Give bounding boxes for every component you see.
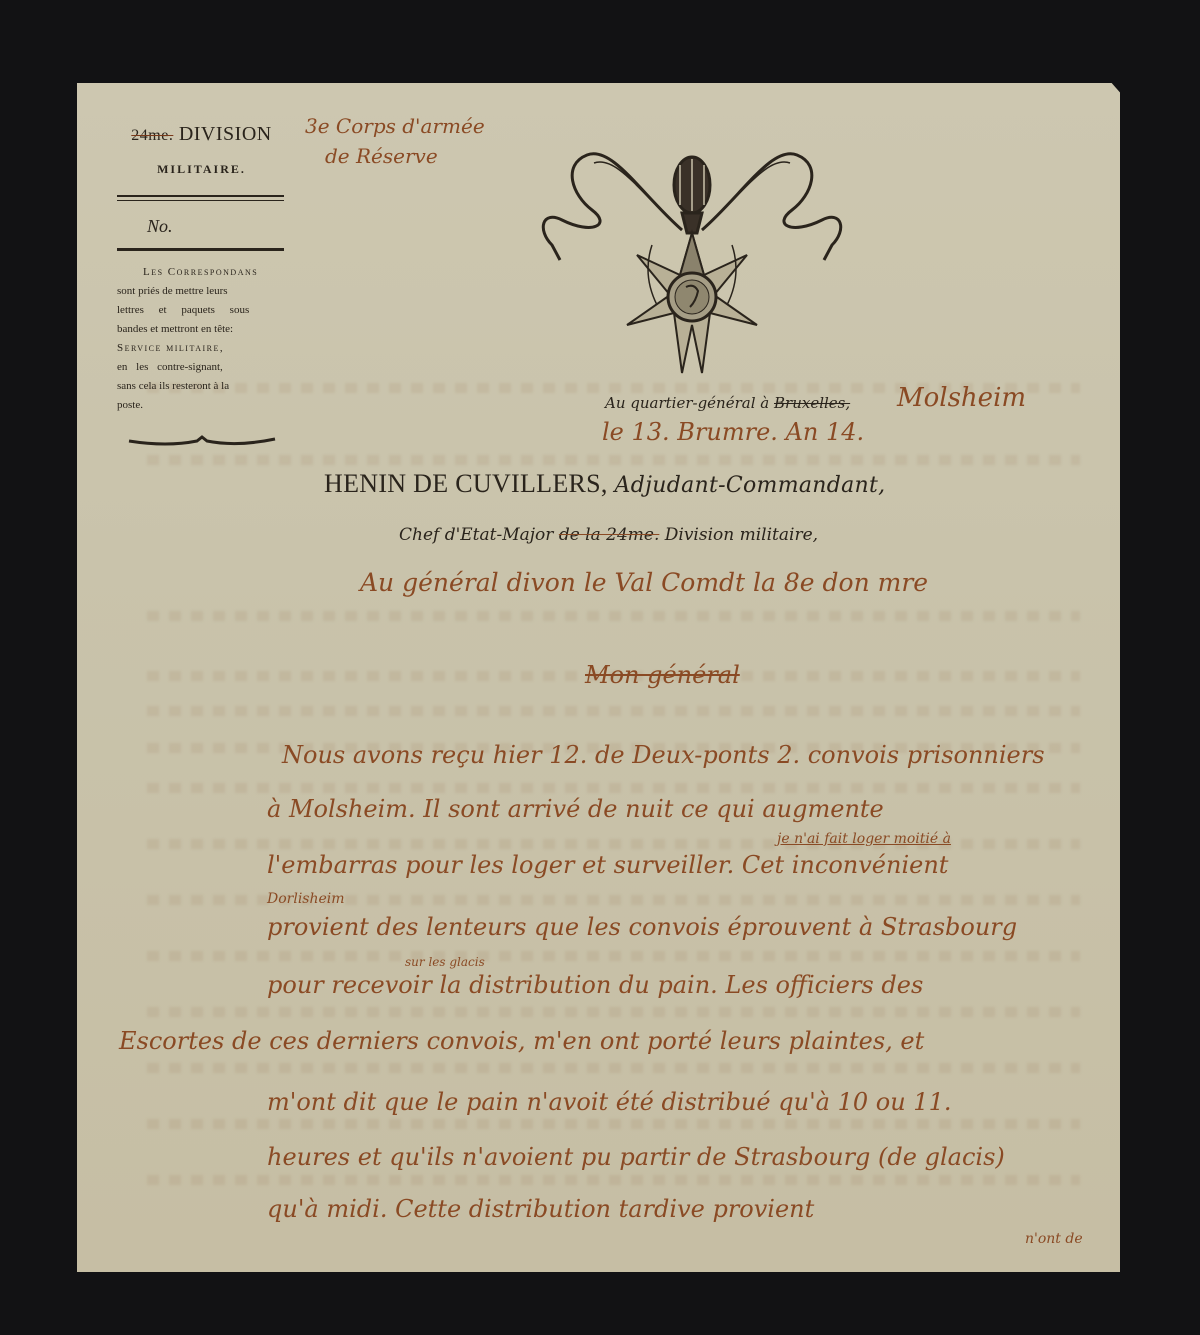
division-label: DIVISION [179, 123, 272, 145]
body-line: pour recevoir la distribution du pain. L… [267, 971, 923, 999]
body-line: m'ont dit que le pain n'avoit été distri… [267, 1088, 951, 1116]
sender-name: HENIN DE CUVILLERS, [324, 469, 608, 498]
corps-note: 3e Corps d'armée de Réserve [305, 111, 485, 171]
body-line: Nous avons reçu hier 12. de Deux-ponts 2… [282, 741, 1045, 769]
notice-line: Les Correspondans [117, 263, 287, 282]
notice-line: sont priés de mettre leurs [117, 282, 287, 301]
division-number-struck: 24me. [131, 127, 173, 144]
sender-line: HENIN DE CUVILLERS, Adjudant-Commandant, [324, 469, 885, 499]
notice-line: bandes et mettront en tête: [117, 320, 287, 339]
notice-line: en les contre-signant, [117, 358, 287, 377]
sender-title: Adjudant-Commandant, [615, 473, 886, 498]
double-rule [117, 200, 284, 201]
letterhead-number: No. [147, 216, 173, 237]
letterhead-militaire: MILITAIRE. [114, 162, 289, 177]
sender-role-struck: de la 24me. [559, 525, 660, 545]
body-line: Escortes de ces derniers convois, m'en o… [119, 1027, 924, 1055]
bleed-through-texture [147, 951, 1080, 961]
bleed-through-texture [147, 1007, 1080, 1017]
bleed-through-texture [147, 1175, 1080, 1185]
insert-note: je n'ai fait loger moitié à [777, 831, 951, 847]
addressee: Au général divon le Val Comdt la 8e don … [360, 568, 928, 597]
insert-note: sur les glacis [405, 955, 485, 969]
bleed-through-texture [147, 455, 1080, 465]
bleed-through-texture [147, 1119, 1080, 1129]
legion-of-honour-medal-icon [532, 135, 852, 385]
bleed-through-texture [147, 611, 1080, 621]
headquarters-line: Au quartier-général à Bruxelles, [605, 394, 850, 412]
sender-role-line: Chef d'Etat-Major de la 24me. Division m… [399, 525, 818, 545]
sender-role-suffix: Division militaire, [665, 525, 818, 545]
notice-line: poste. [117, 396, 287, 415]
hq-prefix: Au quartier-général à [605, 394, 769, 412]
catchword: n'ont de [1025, 1231, 1083, 1247]
notice-line: lettres et paquets sous [117, 301, 287, 320]
hq-city-handwritten: Molsheim [897, 383, 1026, 413]
sender-role-prefix: Chef d'Etat-Major [399, 525, 553, 545]
notice-rule [117, 248, 284, 251]
letterhead-division: 24me. DIVISION [114, 123, 289, 146]
body-line: provient des lenteurs que les convois ép… [267, 913, 1017, 941]
notice-line: Service militaire, [117, 339, 287, 358]
bleed-through-texture [147, 706, 1080, 716]
corps-line: de Réserve [305, 141, 485, 171]
corps-line: 3e Corps d'armée [305, 111, 485, 141]
hq-city-struck: Bruxelles, [774, 394, 850, 412]
bleed-through-texture [147, 1063, 1080, 1073]
flourish-ornament [127, 435, 277, 447]
body-line: heures et qu'ils n'avoient pu partir de … [267, 1143, 1005, 1171]
salutation: Mon général [585, 661, 740, 689]
correspondents-notice: Les Correspondans sont priés de mettre l… [117, 263, 287, 415]
body-line: qu'à midi. Cette distribution tardive pr… [267, 1195, 814, 1223]
margin-note: Dorlisheim [267, 891, 345, 907]
letter-date: le 13. Brumre. An 14. [602, 418, 864, 446]
letter-page: 24me. DIVISION MILITAIRE. No. Les Corres… [77, 83, 1120, 1272]
double-rule [117, 195, 284, 197]
body-line: à Molsheim. Il sont arrivé de nuit ce qu… [267, 795, 884, 823]
notice-line: sans cela ils resteront à la [117, 377, 287, 396]
bleed-through-texture [147, 783, 1080, 793]
body-line: l'embarras pour les loger et surveiller.… [267, 851, 948, 879]
